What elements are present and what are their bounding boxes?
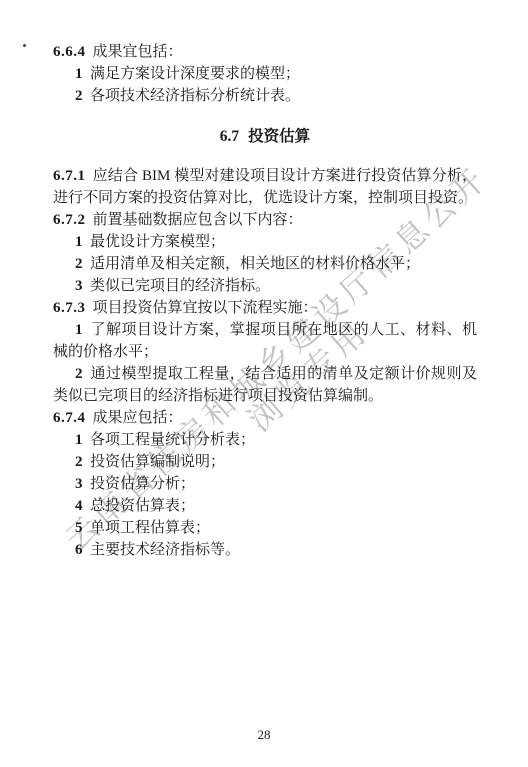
item-text: 了解项目设计方案，掌握项目所在地区的人工、材料、机械的价格水平；	[53, 322, 477, 360]
item-text: 投资估算编制说明；	[90, 454, 225, 470]
list-item: 3投资估算分析；	[53, 473, 477, 495]
item-text: 满足方案设计深度要求的模型；	[90, 66, 300, 82]
item-text: 类似已完项目的经济指标。	[90, 278, 270, 294]
list-item: 2投资估算编制说明；	[53, 451, 477, 473]
item-number: 6	[75, 542, 83, 558]
item-number: 3	[75, 278, 83, 294]
clause-text: 项目投资估算宜按以下流程实施：	[93, 300, 318, 316]
list-item: 1最优设计方案模型；	[53, 231, 477, 253]
item-number: 1	[75, 432, 83, 448]
item-text: 通过模型提取工程量，结合适用的清单及定额计价规则及类似已完项目的经济指标进行项目…	[53, 366, 477, 404]
list-item: 2通过模型提取工程量，结合适用的清单及定额计价规则及类似已完项目的经济指标进行项…	[53, 363, 477, 407]
item-number: 2	[75, 88, 83, 104]
list-item: 6主要技术经济指标等。	[53, 539, 477, 561]
document-content: 6.6.4成果宜包括：1满足方案设计深度要求的模型；2各项技术经济指标分析统计表…	[53, 41, 477, 561]
document-page: 云南省住房和城乡建设厅信息公开 浏览专用 6.6.4成果宜包括：1满足方案设计深…	[0, 0, 528, 767]
item-number: 1	[75, 322, 83, 338]
clause-number: 6.7.2	[53, 212, 86, 228]
item-number: 3	[75, 476, 83, 492]
item-number: 5	[75, 520, 83, 536]
list-item: 3类似已完项目的经济指标。	[53, 275, 477, 297]
item-text: 单项工程估算表；	[90, 520, 210, 536]
clause-number: 6.6.4	[53, 44, 86, 60]
clause-paragraph: 6.6.4成果宜包括：	[53, 41, 477, 63]
clause-number: 6.7.3	[53, 300, 86, 316]
clause-text: 应结合 BIM 模型对建设项目设计方案进行投资估算分析，进行不同方案的投资估算对…	[53, 168, 477, 206]
clause-paragraph: 6.7.2前置基础数据应包含以下内容：	[53, 209, 477, 231]
scan-speck	[23, 44, 26, 47]
item-text: 主要技术经济指标等。	[90, 542, 240, 558]
clause-text: 成果宜包括：	[93, 44, 183, 60]
item-text: 各项技术经济指标分析统计表。	[90, 88, 300, 104]
item-text: 各项工程量统计分析表；	[90, 432, 255, 448]
clause-paragraph: 6.7.3项目投资估算宜按以下流程实施：	[53, 297, 477, 319]
clause-text: 前置基础数据应包含以下内容：	[93, 212, 303, 228]
clause-number: 6.7.1	[53, 168, 86, 184]
list-item: 2适用清单及相关定额，相关地区的材料价格水平；	[53, 253, 477, 275]
clause-paragraph: 6.7.4成果应包括：	[53, 407, 477, 429]
page-number: 28	[0, 727, 528, 743]
item-text: 总投资估算表；	[90, 498, 195, 514]
clause-paragraph: 6.7.1应结合 BIM 模型对建设项目设计方案进行投资估算分析，进行不同方案的…	[53, 165, 477, 209]
heading-text: 投资估算	[248, 128, 310, 145]
clause-number: 6.7.4	[53, 410, 86, 426]
item-number: 1	[75, 66, 83, 82]
item-number: 2	[75, 366, 83, 382]
item-text: 适用清单及相关定额，相关地区的材料价格水平；	[90, 256, 420, 272]
clause-text: 成果应包括：	[93, 410, 183, 426]
list-item: 1满足方案设计深度要求的模型；	[53, 63, 477, 85]
list-item: 2各项技术经济指标分析统计表。	[53, 85, 477, 107]
item-number: 2	[75, 454, 83, 470]
item-number: 4	[75, 498, 83, 514]
section-heading: 6.7投资估算	[53, 126, 477, 148]
list-item: 4总投资估算表；	[53, 495, 477, 517]
item-number: 1	[75, 234, 83, 250]
heading-number: 6.7	[220, 128, 239, 145]
item-text: 最优设计方案模型；	[90, 234, 225, 250]
list-item: 1了解项目设计方案，掌握项目所在地区的人工、材料、机械的价格水平；	[53, 319, 477, 363]
item-text: 投资估算分析；	[90, 476, 195, 492]
item-number: 2	[75, 256, 83, 272]
list-item: 5单项工程估算表；	[53, 517, 477, 539]
list-item: 1各项工程量统计分析表；	[53, 429, 477, 451]
